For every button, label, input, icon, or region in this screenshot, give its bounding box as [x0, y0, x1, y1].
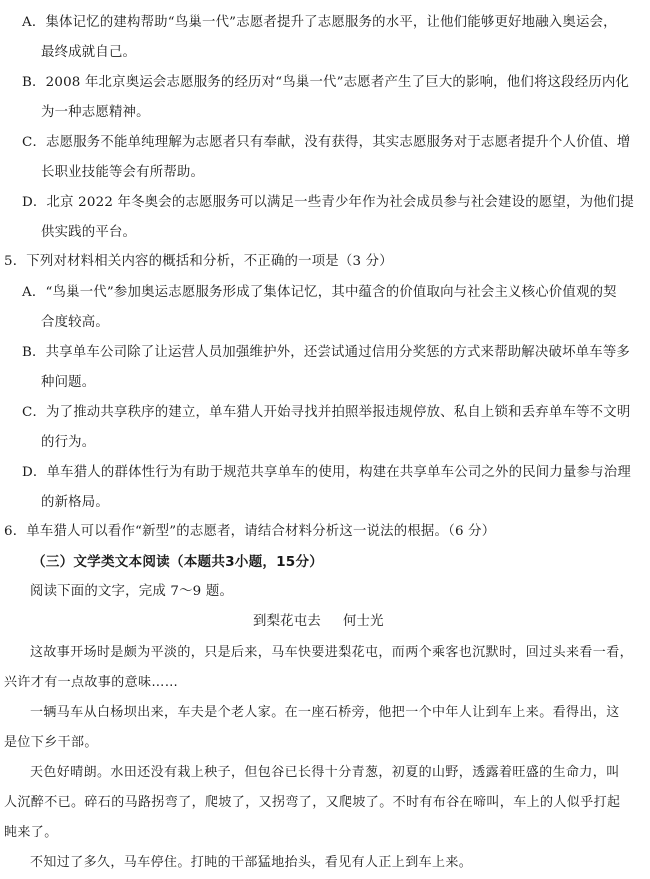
q4-option-c-cont: 长职业技能等会有所帮助。 [41, 165, 204, 181]
story-author: 何士光 [343, 614, 384, 629]
q5-option-a: A．“鸟巢一代”参加奥运志愿服务形成了集体记忆，其中蕴含的价值取向与社会主义核心… [22, 285, 617, 301]
q4-option-a: A．集体记忆的建构帮助“鸟巢一代”志愿者提升了志愿服务的水平，让他们能够更好地融… [22, 15, 617, 31]
q5-option-c-cont: 的行为。 [41, 435, 95, 451]
story-paragraph-1: 这故事开场时是颇为平淡的，只是后来，马车快要进梨花屯，而两个乘客也沉默时，回过头… [30, 645, 633, 661]
story-paragraph-2-cont: 是位下乡干部。 [4, 735, 98, 751]
q4-option-b: B．2008 年北京奥运会志愿服务的经历对“鸟巢一代”志愿者产生了巨大的影响，他… [22, 75, 629, 91]
story-title-line: 到梨花屯去何士光 [253, 614, 384, 630]
story-title: 到梨花屯去 [253, 614, 321, 629]
section-heading: （三）文学类文本阅读（本题共3小题，15分） [32, 554, 323, 570]
q5-option-c: C．为了推动共享秩序的建立，单车猎人开始寻找并拍照举报违规停放、私自上锁和丢弃单… [22, 405, 630, 421]
q4-option-d: D．北京 2022 年冬奥会的志愿服务可以满足一些青少年作为社会成员参与社会建设… [22, 195, 634, 211]
q4-option-b-cont: 为一种志愿精神。 [41, 105, 150, 121]
story-paragraph-4: 不知过了多久，马车停住。打盹的干部猛地抬头，看见有人正上到车上来。 [30, 855, 472, 871]
question-5-stem: 5．下列对材料相关内容的概括和分析，不正确的一项是（3 分） [4, 254, 393, 270]
q5-option-d: D．单车猎人的群体性行为有助于规范共享单车的使用，构建在共享单车公司之外的民间力… [22, 465, 631, 481]
story-paragraph-3: 天色好晴朗。水田还没有栽上秧子，但包谷已长得十分青葱，初夏的山野，透露着旺盛的生… [30, 765, 620, 781]
story-paragraph-3-cont: 人沉醉不已。碎石的马路拐弯了，爬坡了，又拐弯了，又爬坡了。不时有布谷在啼叫，车上… [4, 795, 620, 811]
q5-option-b-cont: 种问题。 [41, 375, 95, 391]
q4-option-d-cont: 供实践的平台。 [41, 225, 136, 241]
story-paragraph-1-cont: 兴许才有一点故事的意味…… [4, 675, 178, 691]
q4-option-a-cont: 最终成就自己。 [41, 45, 136, 61]
reading-instruction: 阅读下面的文字，完成 7～9 题。 [30, 584, 233, 600]
story-paragraph-2: 一辆马车从白杨坝出来，车夫是个老人家。在一座石桥旁，他把一个中年人让到车上来。看… [30, 705, 620, 721]
story-paragraph-3-cont2: 盹来了。 [4, 825, 58, 841]
q5-option-b: B．共享单车公司除了让运营人员加强维护外，还尝试通过信用分奖惩的方式来帮助解决破… [22, 345, 630, 361]
question-6-stem: 6．单车猎人可以看作“新型”的志愿者，请结合材料分析这一说法的根据。（6 分） [4, 524, 495, 540]
q4-option-c: C．志愿服务不能单纯理解为志愿者只有奉献，没有获得，其实志愿服务对于志愿者提升个… [22, 135, 630, 151]
q5-option-d-cont: 的新格局。 [41, 495, 109, 511]
q5-option-a-cont: 合度较高。 [41, 315, 109, 331]
